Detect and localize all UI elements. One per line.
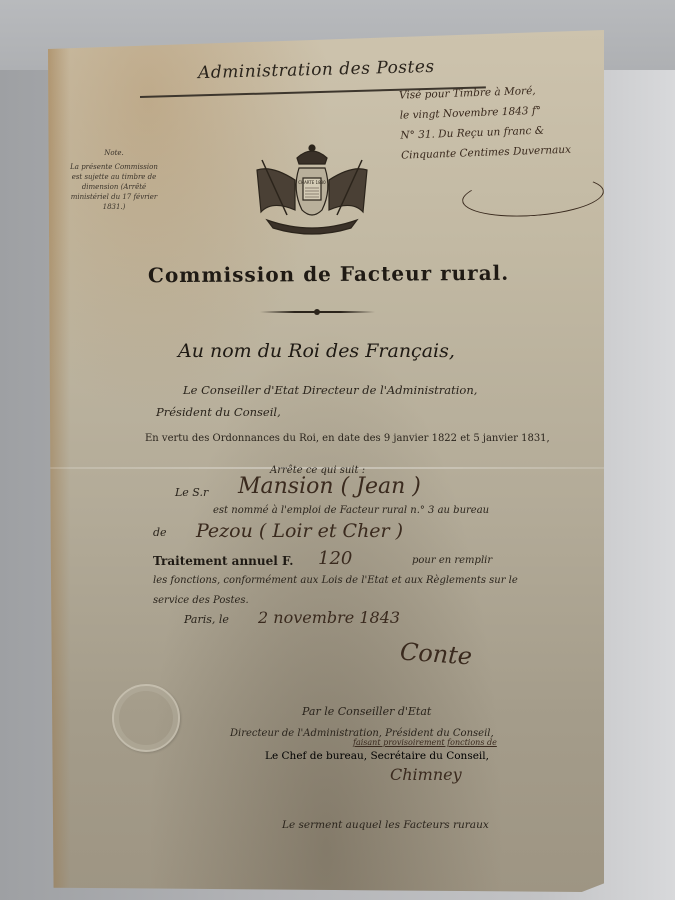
royal-coat-of-arms-icon: CHARTE 1830 bbox=[247, 140, 377, 236]
marginal-note-title: Note. bbox=[70, 148, 158, 158]
countersign-line-1: Par le Conseiller d'Etat bbox=[302, 705, 431, 718]
marginal-note-text: La présente Commission est sujette au ti… bbox=[70, 162, 158, 212]
bureau-prefix: de bbox=[153, 526, 167, 539]
royal-invocation: Au nom du Roi des Français, bbox=[178, 340, 455, 362]
countersign-inserted-note: faisant provisoirement fonctions de bbox=[353, 738, 497, 747]
title-ornament bbox=[260, 311, 375, 313]
appointee-prefix: Le S.r bbox=[175, 486, 208, 499]
issuer-line-2: Président du Conseil, bbox=[156, 405, 281, 419]
issue-date: 2 novembre 1843 bbox=[258, 608, 400, 627]
place-date-label: Paris, le bbox=[184, 613, 229, 626]
stamp-annotation: Visé pour Timbre à Moré, le vingt Novemb… bbox=[399, 78, 612, 165]
secretary-signature: Chimney bbox=[390, 765, 462, 784]
duties-line-1: les fonctions, conformément aux Lois de … bbox=[153, 575, 518, 586]
salary-suffix: pour en remplir bbox=[412, 555, 492, 566]
embossed-seal-icon bbox=[112, 684, 180, 752]
oath-footer: Le serment auquel les Facteurs ruraux bbox=[282, 819, 489, 831]
salary-amount: 120 bbox=[318, 548, 352, 569]
appointment-text: est nommé à l'emploi de Facteur rural n.… bbox=[213, 505, 489, 516]
countersign-line-3: Le Chef de bureau, Secrétaire du Conseil… bbox=[265, 750, 489, 762]
director-signature: Conte bbox=[399, 638, 473, 671]
marginal-note: Note. La présente Commission est sujette… bbox=[70, 148, 158, 212]
issuer-line-1: Le Conseiller d'Etat Directeur de l'Admi… bbox=[183, 383, 477, 397]
charter-text: CHARTE 1830 bbox=[298, 180, 326, 185]
legal-basis: En vertu des Ordonnances du Roi, en date… bbox=[145, 433, 550, 444]
document-title: Commission de Facteur rural. bbox=[148, 261, 509, 288]
salary-label: Traitement annuel F. bbox=[153, 554, 293, 568]
bureau-name: Pezou ( Loir et Cher ) bbox=[196, 520, 403, 542]
appointee-name: Mansion ( Jean ) bbox=[238, 474, 421, 499]
duties-line-2: service des Postes. bbox=[153, 595, 249, 606]
